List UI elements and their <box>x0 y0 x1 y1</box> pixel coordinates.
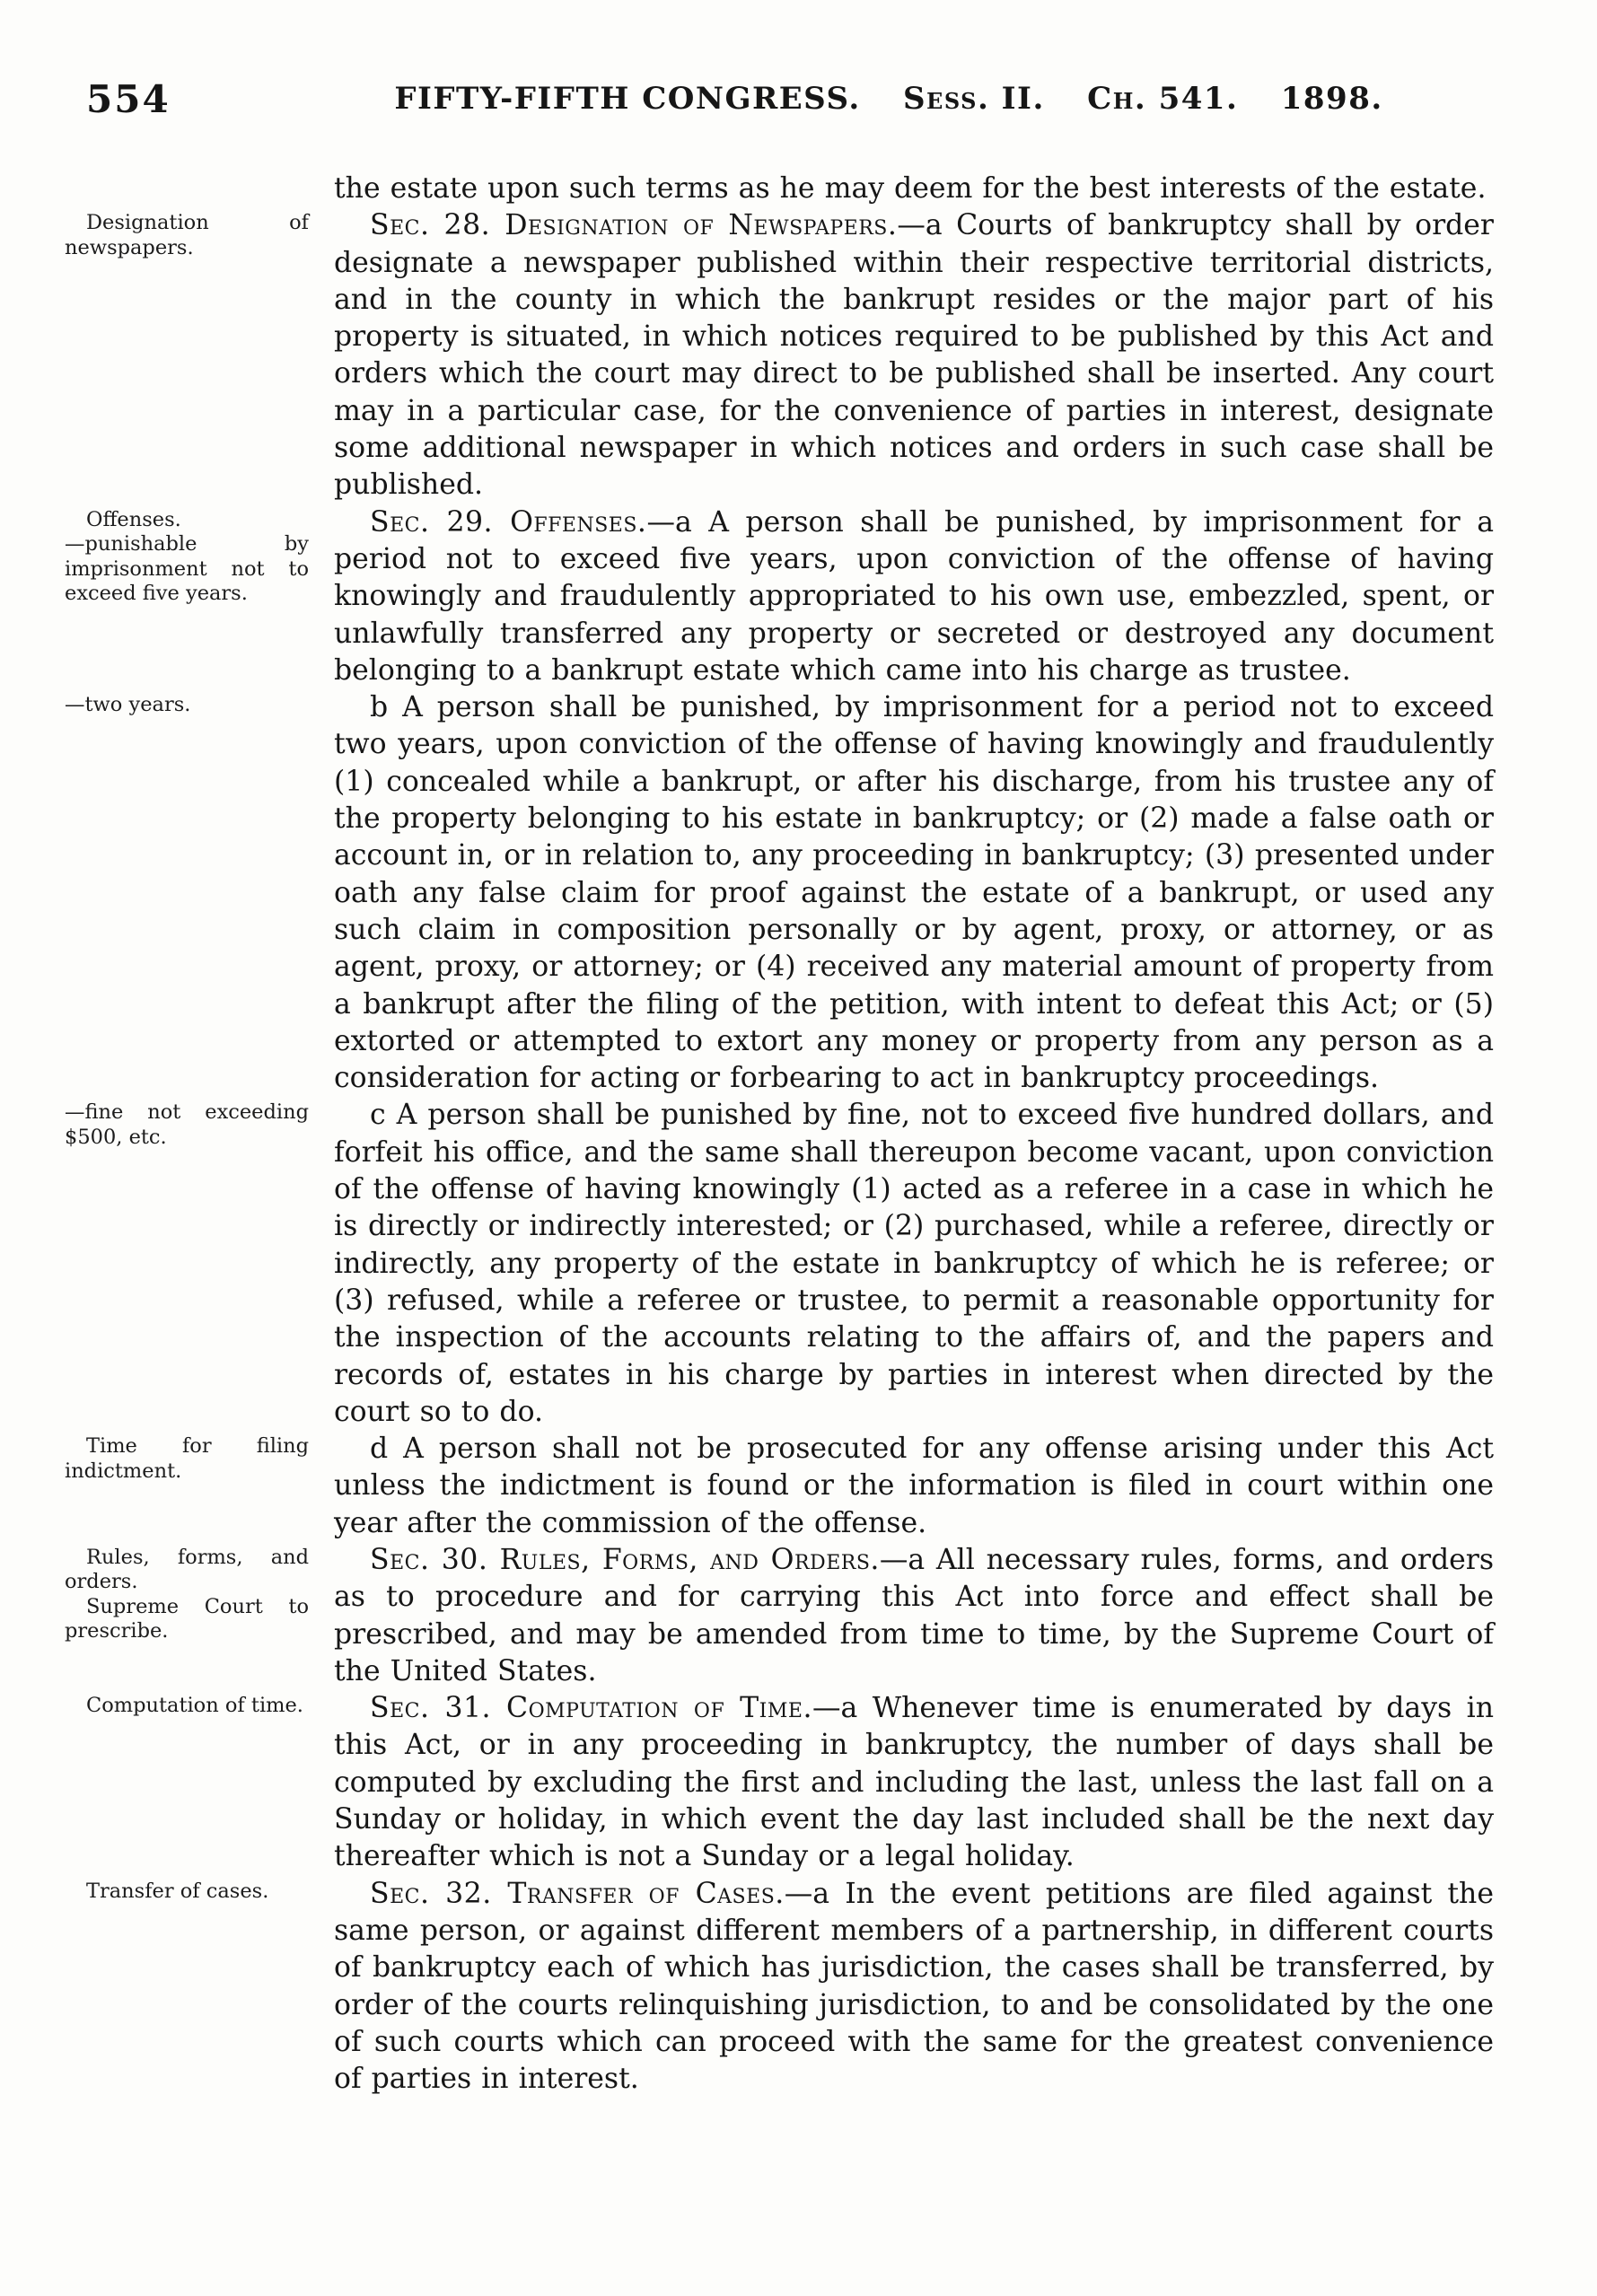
section-heading: Sec. 31. Computation of Time. <box>370 1692 812 1724</box>
paragraph-text: the estate upon such terms as he may dee… <box>334 171 1494 207</box>
margin-note: Time for filing indictment. <box>65 1434 309 1484</box>
margin-note: —two years. <box>65 693 309 718</box>
paragraph-sec-29a: Offenses. —punishable by imprisonment no… <box>334 504 1494 689</box>
paragraph-text: Sec. 28. Designation of Newspapers.—a Co… <box>334 207 1494 504</box>
margin-note: Offenses. <box>65 508 309 533</box>
margin-notes: Computation of time. <box>65 1694 309 1719</box>
paragraph-body: c A person shall be punished by fine, no… <box>334 1099 1494 1427</box>
paragraph-body: —a In the event petitions are filed agai… <box>334 1878 1494 2095</box>
paragraph-sec-30: Rules, forms, and orders. Supreme Court … <box>334 1542 1494 1690</box>
section-heading: Sec. 29. Offenses. <box>370 506 646 539</box>
margin-note: Designation of newspapers. <box>65 211 309 260</box>
paragraph-sec-29d: Time for filing indictment. d A person s… <box>334 1431 1494 1542</box>
paragraph-body: —a Courts of bankruptcy shall by order d… <box>334 209 1494 501</box>
margin-notes: Transfer of cases. <box>65 1880 309 1905</box>
header-congress: FIFTY-FIFTH CONGRESS. <box>394 81 860 117</box>
section-heading: Sec. 28. Designation of Newspapers. <box>370 209 897 241</box>
statute-body: the estate upon such terms as he may dee… <box>334 171 1494 2098</box>
section-heading: Sec. 30. Rules, Forms, and Orders. <box>370 1544 880 1576</box>
margin-notes: Offenses. —punishable by imprisonment no… <box>65 508 309 607</box>
paragraph-body: d A person shall not be prosecuted for a… <box>334 1433 1494 1539</box>
margin-note: —punishable by imprisonment not to excee… <box>65 532 309 607</box>
margin-notes: —fine not exceeding $500, etc. <box>65 1100 309 1150</box>
margin-notes: Rules, forms, and orders. Supreme Court … <box>65 1546 309 1644</box>
margin-note: Computation of time. <box>65 1694 309 1719</box>
header-session: Sess. II. <box>903 81 1045 117</box>
paragraph-text: Sec. 31. Computation of Time.—a Whenever… <box>334 1690 1494 1875</box>
margin-notes: Designation of newspapers. <box>65 211 309 260</box>
paragraph-text: Sec. 29. Offenses.—a A person shall be p… <box>334 504 1494 689</box>
paragraph-sec-31: Computation of time. Sec. 31. Computatio… <box>334 1690 1494 1875</box>
margin-notes: —two years. <box>65 693 309 718</box>
paragraph-sec-29c: —fine not exceeding $500, etc. c A perso… <box>334 1097 1494 1431</box>
section-heading: Sec. 32. Transfer of Cases. <box>370 1878 785 1910</box>
paragraph-body: b A person shall be punished, by impriso… <box>334 691 1494 1094</box>
header-year: 1898. <box>1281 81 1383 117</box>
paragraph-body: the estate upon such terms as he may dee… <box>334 172 1486 205</box>
paragraph-text: Sec. 32. Transfer of Cases.—a In the eve… <box>334 1876 1494 2099</box>
margin-notes: Time for filing indictment. <box>65 1434 309 1484</box>
paragraph-text: b A person shall be punished, by impriso… <box>334 689 1494 1097</box>
paragraph-sec-28: Designation of newspapers. Sec. 28. Desi… <box>334 207 1494 504</box>
statute-page: 554 FIFTY-FIFTH CONGRESS. Sess. II. Ch. … <box>0 0 1597 2296</box>
paragraph-text: c A person shall be punished by fine, no… <box>334 1097 1494 1431</box>
paragraph-continuation: the estate upon such terms as he may dee… <box>334 171 1494 207</box>
page-number: 554 <box>86 77 171 121</box>
running-header: 554 FIFTY-FIFTH CONGRESS. Sess. II. Ch. … <box>0 77 1597 131</box>
paragraph-text: d A person shall not be prosecuted for a… <box>334 1431 1494 1542</box>
margin-note: Supreme Court to prescribe. <box>65 1595 309 1644</box>
paragraph-sec-29b: —two years. b A person shall be punished… <box>334 689 1494 1097</box>
header-chapter: Ch. 541. <box>1087 81 1238 117</box>
paragraph-sec-32: Transfer of cases. Sec. 32. Transfer of … <box>334 1876 1494 2099</box>
margin-note: —fine not exceeding $500, etc. <box>65 1100 309 1150</box>
paragraph-text: Sec. 30. Rules, Forms, and Orders.—a All… <box>334 1542 1494 1690</box>
running-title: FIFTY-FIFTH CONGRESS. Sess. II. Ch. 541.… <box>332 81 1445 117</box>
margin-note: Rules, forms, and orders. <box>65 1546 309 1595</box>
margin-note: Transfer of cases. <box>65 1880 309 1905</box>
